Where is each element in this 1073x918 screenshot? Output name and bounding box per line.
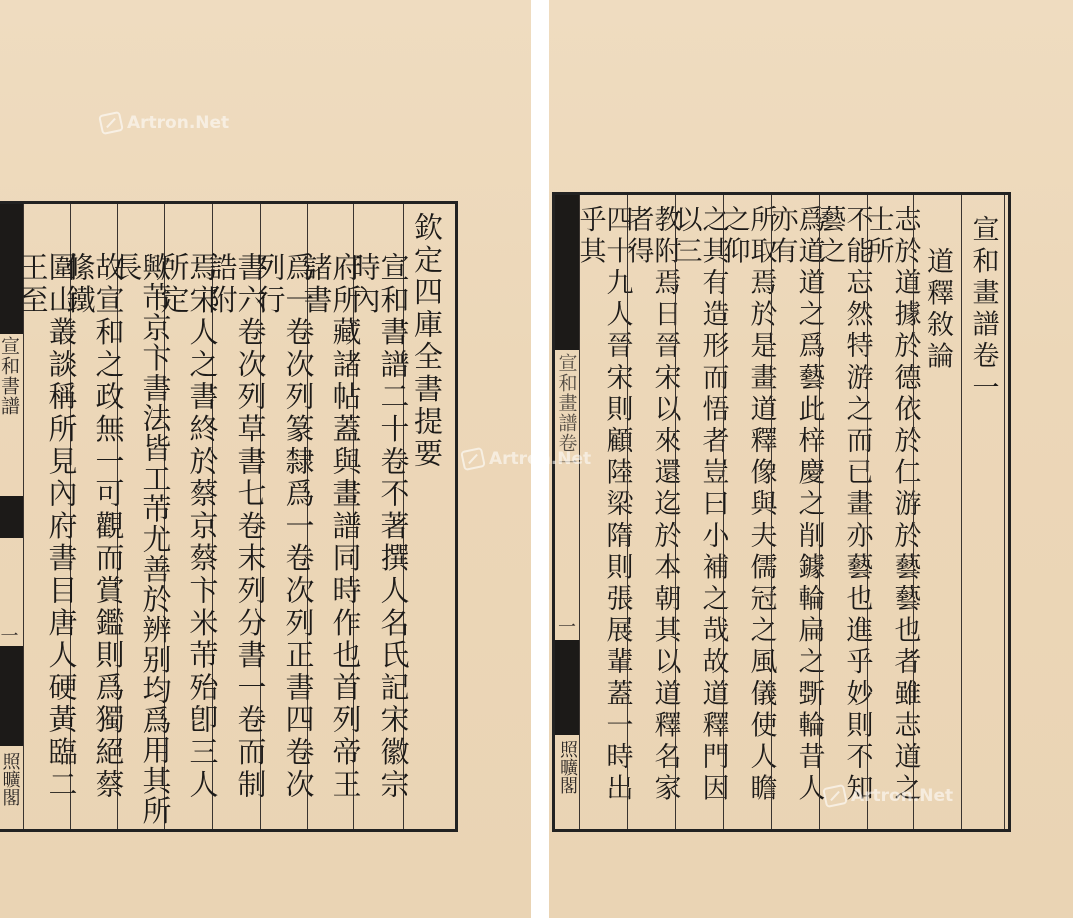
section-heading: 道釋敘論 bbox=[924, 247, 951, 373]
spine-black-bar bbox=[555, 640, 579, 735]
spine-book-title: 宣和書譜 bbox=[0, 336, 23, 496]
right-page-frame: 宣和畫譜卷一 一 照曠閣 四十九人晉宋則顧陸梁隋則張展輩蓋一時出乎其 教附焉日晉… bbox=[552, 192, 1011, 832]
text-column: 四十九人晉宋則顧陸梁隋則張展輩蓋一時出乎其 bbox=[579, 195, 627, 829]
text-column: 圍山叢談稱所見內府書目唐人硬黃臨二王至 bbox=[23, 204, 69, 829]
text-column: 教附焉日晉宋以來還迄於本朝其以道釋名家者得 bbox=[627, 195, 675, 829]
left-page: 欽定四庫全書提要 宣和書譜二十卷不著撰人名氏記宋徽宗時內 府所藏諸帖蓋與畫譜同時… bbox=[0, 0, 531, 918]
spine-black-bar bbox=[0, 496, 23, 538]
spine-black-bar bbox=[0, 204, 23, 334]
left-page-frame: 欽定四庫全書提要 宣和書譜二十卷不著撰人名氏記宋徽宗時內 府所藏諸帖蓋與畫譜同時… bbox=[0, 201, 458, 832]
spine-page-number: 一 bbox=[0, 622, 23, 648]
spine-press-name: 照曠閣 bbox=[0, 752, 23, 832]
spine-black-bar bbox=[0, 646, 23, 746]
spine-press-name: 照曠閣 bbox=[555, 740, 579, 825]
watermark: Artron.Net bbox=[100, 113, 229, 133]
right-page-spine: 宣和畫譜卷一 一 照曠閣 bbox=[555, 195, 579, 829]
spine-page-number: 一 bbox=[555, 613, 579, 639]
artron-logo-icon bbox=[98, 111, 124, 135]
text-column: 所取焉於是畫道釋像與夫儒冠之風儀使人瞻之仰 bbox=[723, 195, 771, 829]
section-heading-column: 道釋敘論 bbox=[913, 195, 961, 829]
frame-inner-rule bbox=[1004, 195, 1011, 829]
spine-book-title: 宣和畫譜卷一 bbox=[555, 353, 579, 533]
right-title-column: 宣和畫譜卷一 bbox=[961, 195, 1004, 829]
left-page-spine: 宣和書譜 一 照曠閣 bbox=[0, 204, 23, 829]
right-page: 宣和畫譜卷一 一 照曠閣 四十九人晉宋則顧陸梁隋則張展輩蓋一時出乎其 教附焉日晉… bbox=[549, 0, 1073, 918]
text-column: 不能忘然特游之而已畫亦藝也進乎妙則不知藝之 bbox=[819, 195, 867, 829]
right-page-title: 宣和畫譜卷一 bbox=[970, 215, 997, 405]
left-page-title: 欽定四庫全書提要 bbox=[412, 212, 441, 470]
text-column: 爲道道之爲藝此梓慶之削鐻輪扁之斲輪昔人亦有 bbox=[771, 195, 819, 829]
text-column: 志於道據於德依於仁游於藝藝也者雖志道之士所 bbox=[867, 195, 915, 829]
text-column: 之其有造形而悟者豈曰小補之哉故道釋門因以三 bbox=[675, 195, 723, 829]
